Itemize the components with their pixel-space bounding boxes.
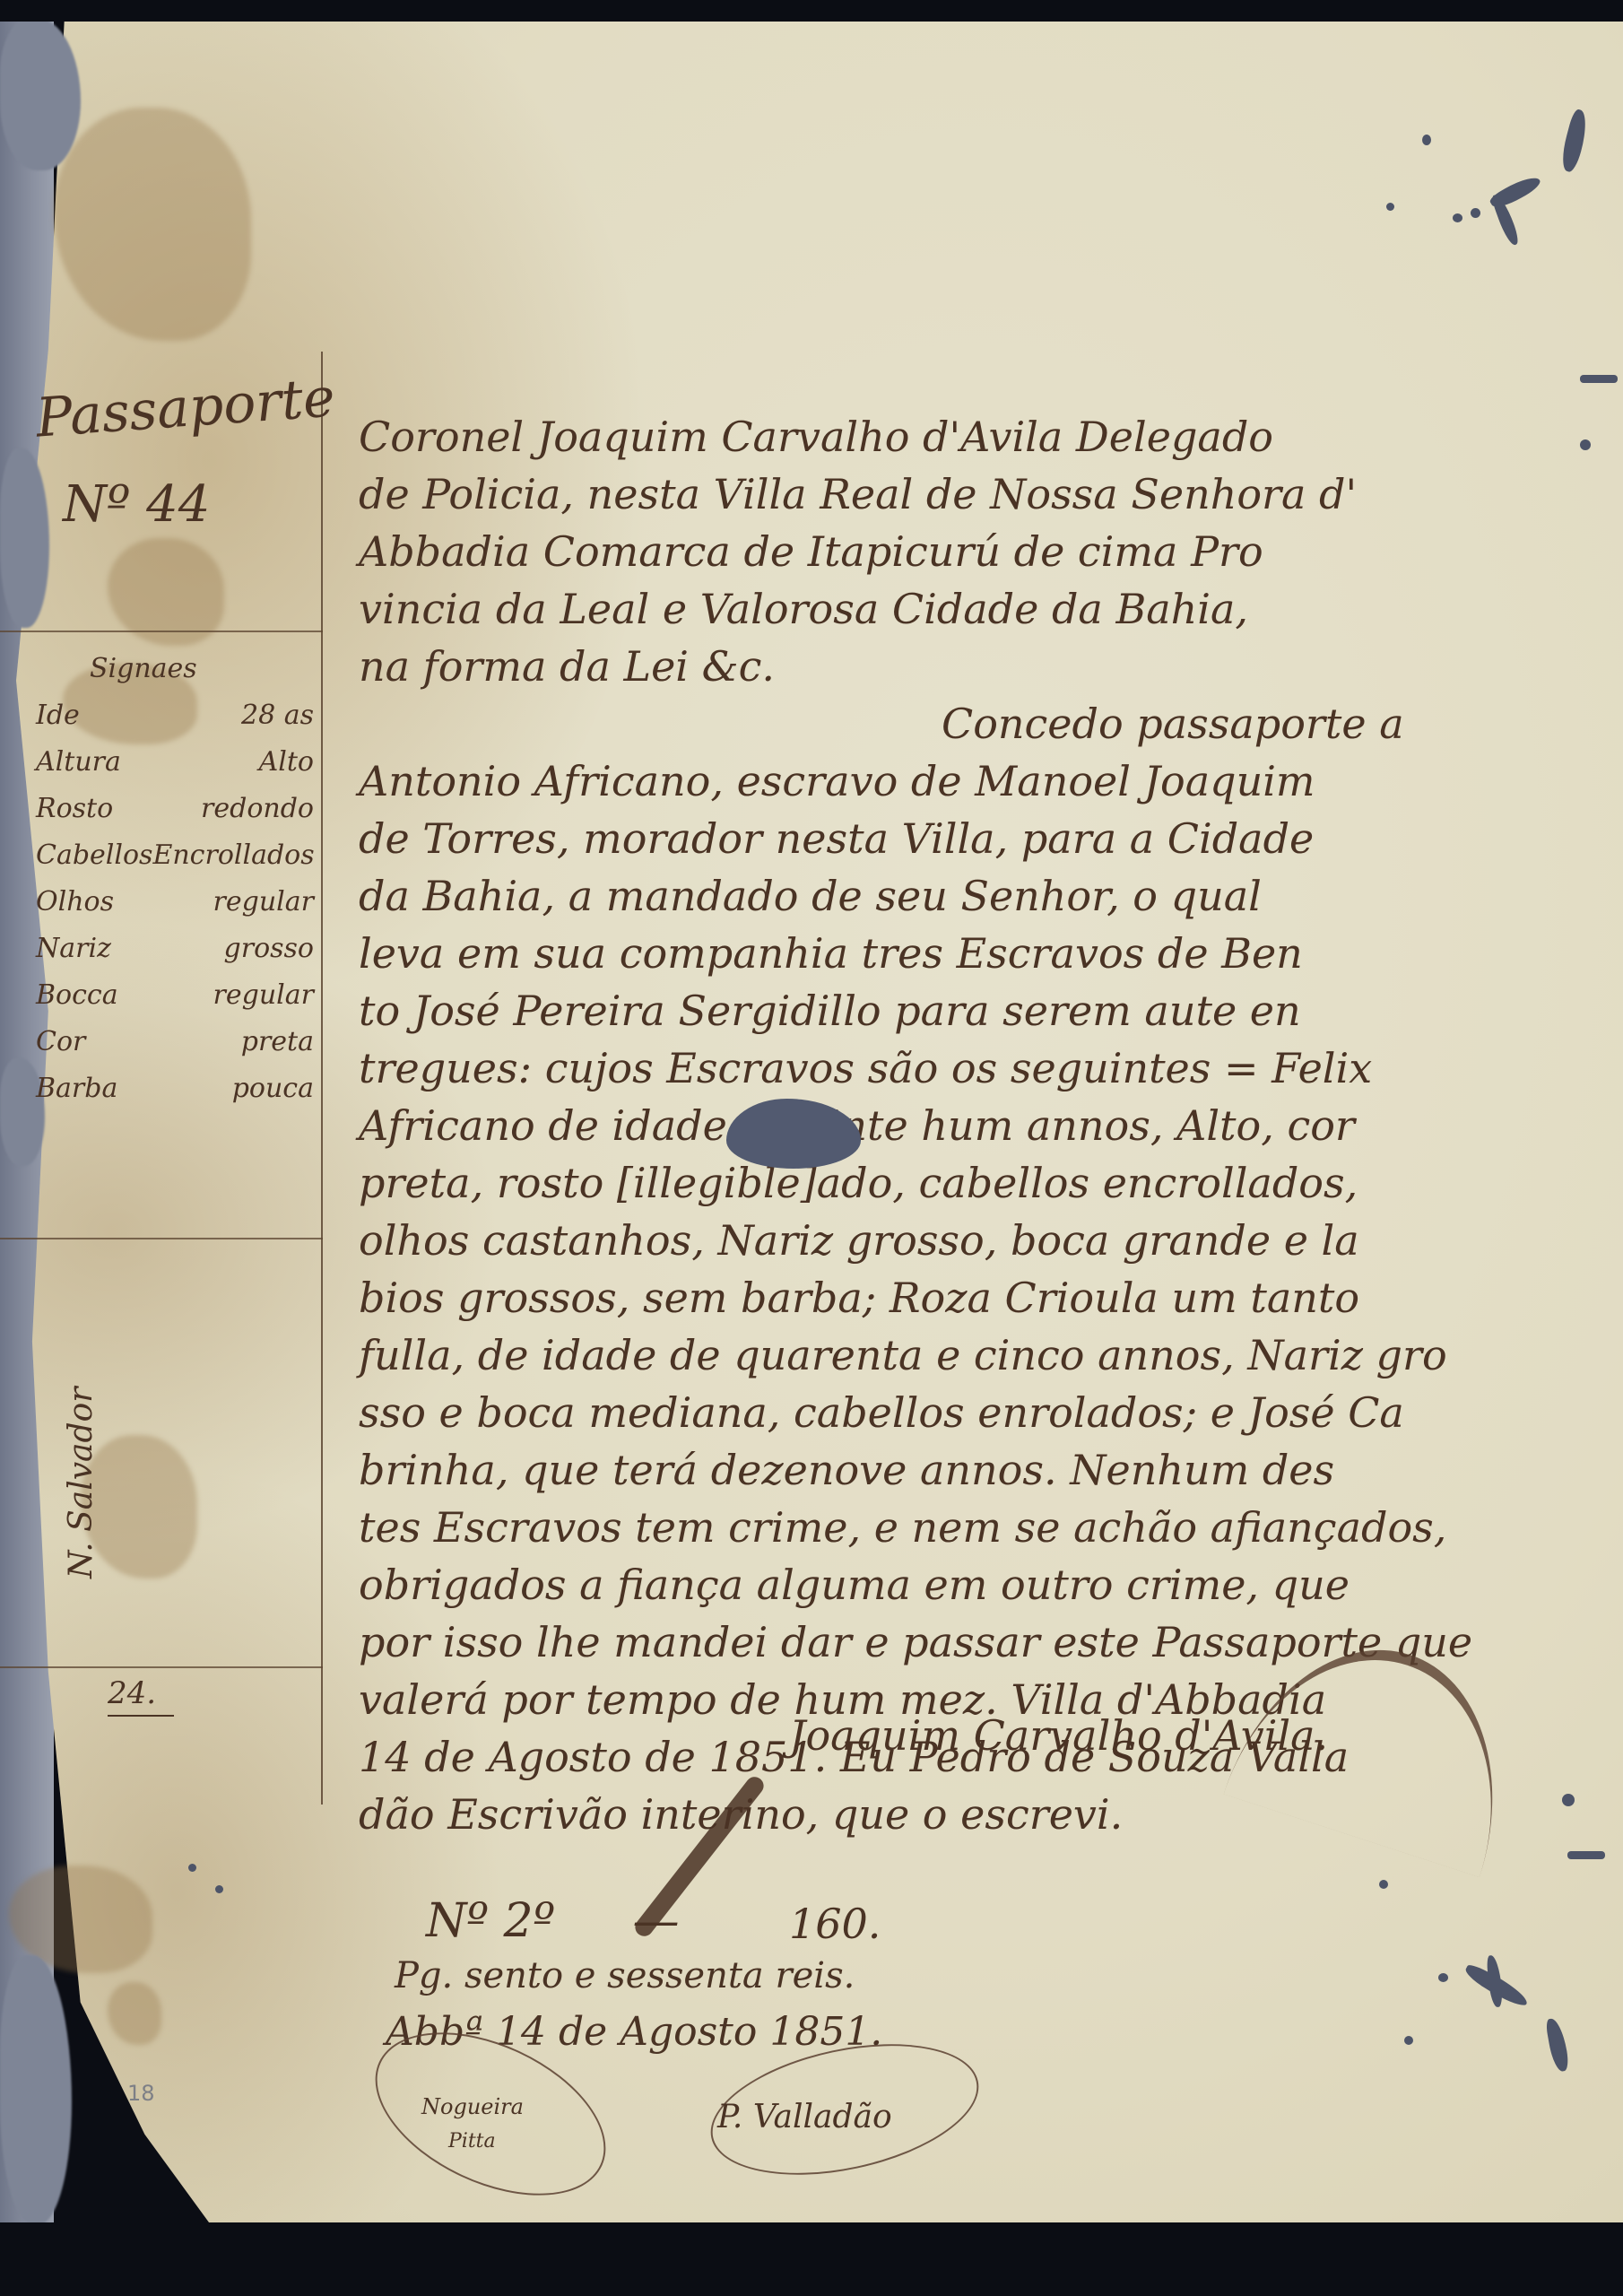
descriptor-label: Cabellos xyxy=(36,832,152,879)
body-line: na forma da Lei &c. xyxy=(359,638,1578,695)
descriptor-label: Altura xyxy=(36,739,121,786)
descriptor-row: Corpreta xyxy=(36,1019,314,1065)
margin-reference-number: 24. xyxy=(108,1675,174,1717)
ink-spot xyxy=(1379,1880,1388,1889)
descriptor-row: Ide28 as xyxy=(36,692,314,739)
margin-vertical-signature: N. Salvador xyxy=(63,1387,100,1578)
ink-spot xyxy=(188,1864,196,1872)
body-line: sso e boca mediana, cabellos enrolados; … xyxy=(359,1384,1578,1441)
body-line: Concedo passaporte a xyxy=(359,695,1578,752)
descriptor-label: Barba xyxy=(36,1065,117,1112)
descriptor-label: Rosto xyxy=(36,786,113,832)
passport-number: Nº 44 xyxy=(63,475,210,534)
body-line: bios grossos, sem barba; Roza Crioula um… xyxy=(359,1269,1578,1326)
margin-horizontal-rule xyxy=(0,631,323,632)
delegate-signature: Joaquim Carvalho d'Avila. xyxy=(789,1711,1328,1760)
descriptor-row: Rostoredondo xyxy=(36,786,314,832)
body-line: Coronel Joaquim Carvalho d'Avila Delegad… xyxy=(359,408,1578,465)
descriptor-label: Cor xyxy=(36,1019,85,1065)
descriptor-row: Olhosregular xyxy=(36,879,314,926)
descriptor-row: Narizgrosso xyxy=(36,926,314,972)
ink-spot xyxy=(1438,1973,1448,1982)
description-heading: Signaes xyxy=(36,646,314,692)
body-line: da Bahia, a mandado de seu Senhor, o qua… xyxy=(359,867,1578,925)
mount-mark xyxy=(1567,1851,1605,1859)
passport-body-text: Coronel Joaquim Carvalho d'Avila Delegad… xyxy=(359,408,1578,1843)
body-line: Africano de idade de vinte hum annos, Al… xyxy=(359,1097,1578,1154)
body-line: brinha, que terá dezenove annos. Nenhum … xyxy=(359,1441,1578,1499)
pencil-mark: 18 xyxy=(127,2081,155,2106)
seal-left-signature: Nogueira xyxy=(421,2094,524,2119)
body-line: de Torres, morador nesta Villa, para a C… xyxy=(359,810,1578,867)
descriptor-row: AlturaAlto xyxy=(36,739,314,786)
seal-right-signature: P. Valladão xyxy=(717,2099,892,2135)
descriptor-label: Ide xyxy=(36,692,80,739)
margin-horizontal-rule xyxy=(0,1238,323,1239)
ink-spot xyxy=(1453,213,1462,222)
receipt-number-label: Nº 2º xyxy=(426,1894,555,1948)
descriptor-value: pouca xyxy=(232,1065,314,1112)
descriptor-label: Nariz xyxy=(36,926,111,972)
descriptor-value: Encrollados xyxy=(152,832,314,879)
frame-bottom-border xyxy=(0,2222,1623,2296)
descriptor-value: Alto xyxy=(259,739,314,786)
frame-top-border xyxy=(0,0,1623,22)
body-line: leva em sua companhia tres Escravos de B… xyxy=(359,925,1578,982)
ink-spot xyxy=(1386,203,1394,211)
body-line: de Policia, nesta Villa Real de Nossa Se… xyxy=(359,465,1578,523)
margin-vertical-rule xyxy=(321,352,323,1805)
descriptor-value: grosso xyxy=(224,926,314,972)
descriptor-row: CabellosEncrollados xyxy=(36,832,314,879)
descriptor-row: Boccaregular xyxy=(36,972,314,1019)
body-line: tes Escravos tem crime, e nem se achão a… xyxy=(359,1499,1578,1556)
mount-mark xyxy=(1580,375,1618,383)
ink-spot xyxy=(1580,439,1591,450)
receipt-number: Nº 2º — xyxy=(426,1894,680,1948)
ink-spot xyxy=(1562,1794,1575,1806)
body-line: obrigados a fiança alguma em outro crime… xyxy=(359,1556,1578,1613)
seal-left-subsignature: Pitta xyxy=(448,2130,496,2152)
body-line: vincia da Leal e Valorosa Cidade da Bahi… xyxy=(359,580,1578,638)
physical-description-list: Signaes Ide28 as AlturaAlto Rostoredondo… xyxy=(36,646,314,1112)
descriptor-value: regular xyxy=(213,879,314,926)
ink-spot xyxy=(215,1885,223,1893)
body-line: olhos castanhos, Nariz grosso, boca gran… xyxy=(359,1212,1578,1269)
body-line: Antonio Africano, escravo de Manoel Joaq… xyxy=(359,752,1578,810)
ink-spot xyxy=(1471,208,1480,218)
body-line: Abbadia Comarca de Itapicurú de cima Pro xyxy=(359,523,1578,580)
ink-spot xyxy=(1422,135,1431,145)
receipt-paid-line: Pg. sento e sessenta reis. xyxy=(395,1955,855,1996)
body-line: tregues: cujos Escravos são os seguintes… xyxy=(359,1039,1578,1097)
margin-horizontal-rule xyxy=(0,1666,323,1668)
descriptor-value: redondo xyxy=(201,786,314,832)
receipt-dash: — xyxy=(633,1894,680,1948)
body-line: fulla, de idade de quarenta e cinco anno… xyxy=(359,1326,1578,1384)
descriptor-label: Olhos xyxy=(36,879,114,926)
descriptor-value: 28 as xyxy=(241,692,314,739)
body-line: to José Pereira Sergidillo para serem au… xyxy=(359,982,1578,1039)
paper-tear xyxy=(0,1955,72,2224)
descriptor-value: preta xyxy=(241,1019,314,1065)
descriptor-value: regular xyxy=(213,972,314,1019)
body-line: preta, rosto [illegible]ado, cabellos en… xyxy=(359,1154,1578,1212)
ink-spot xyxy=(1404,2036,1413,2045)
descriptor-row: Barbapouca xyxy=(36,1065,314,1112)
descriptor-label: Bocca xyxy=(36,972,118,1019)
receipt-amount: 160. xyxy=(789,1900,881,1948)
